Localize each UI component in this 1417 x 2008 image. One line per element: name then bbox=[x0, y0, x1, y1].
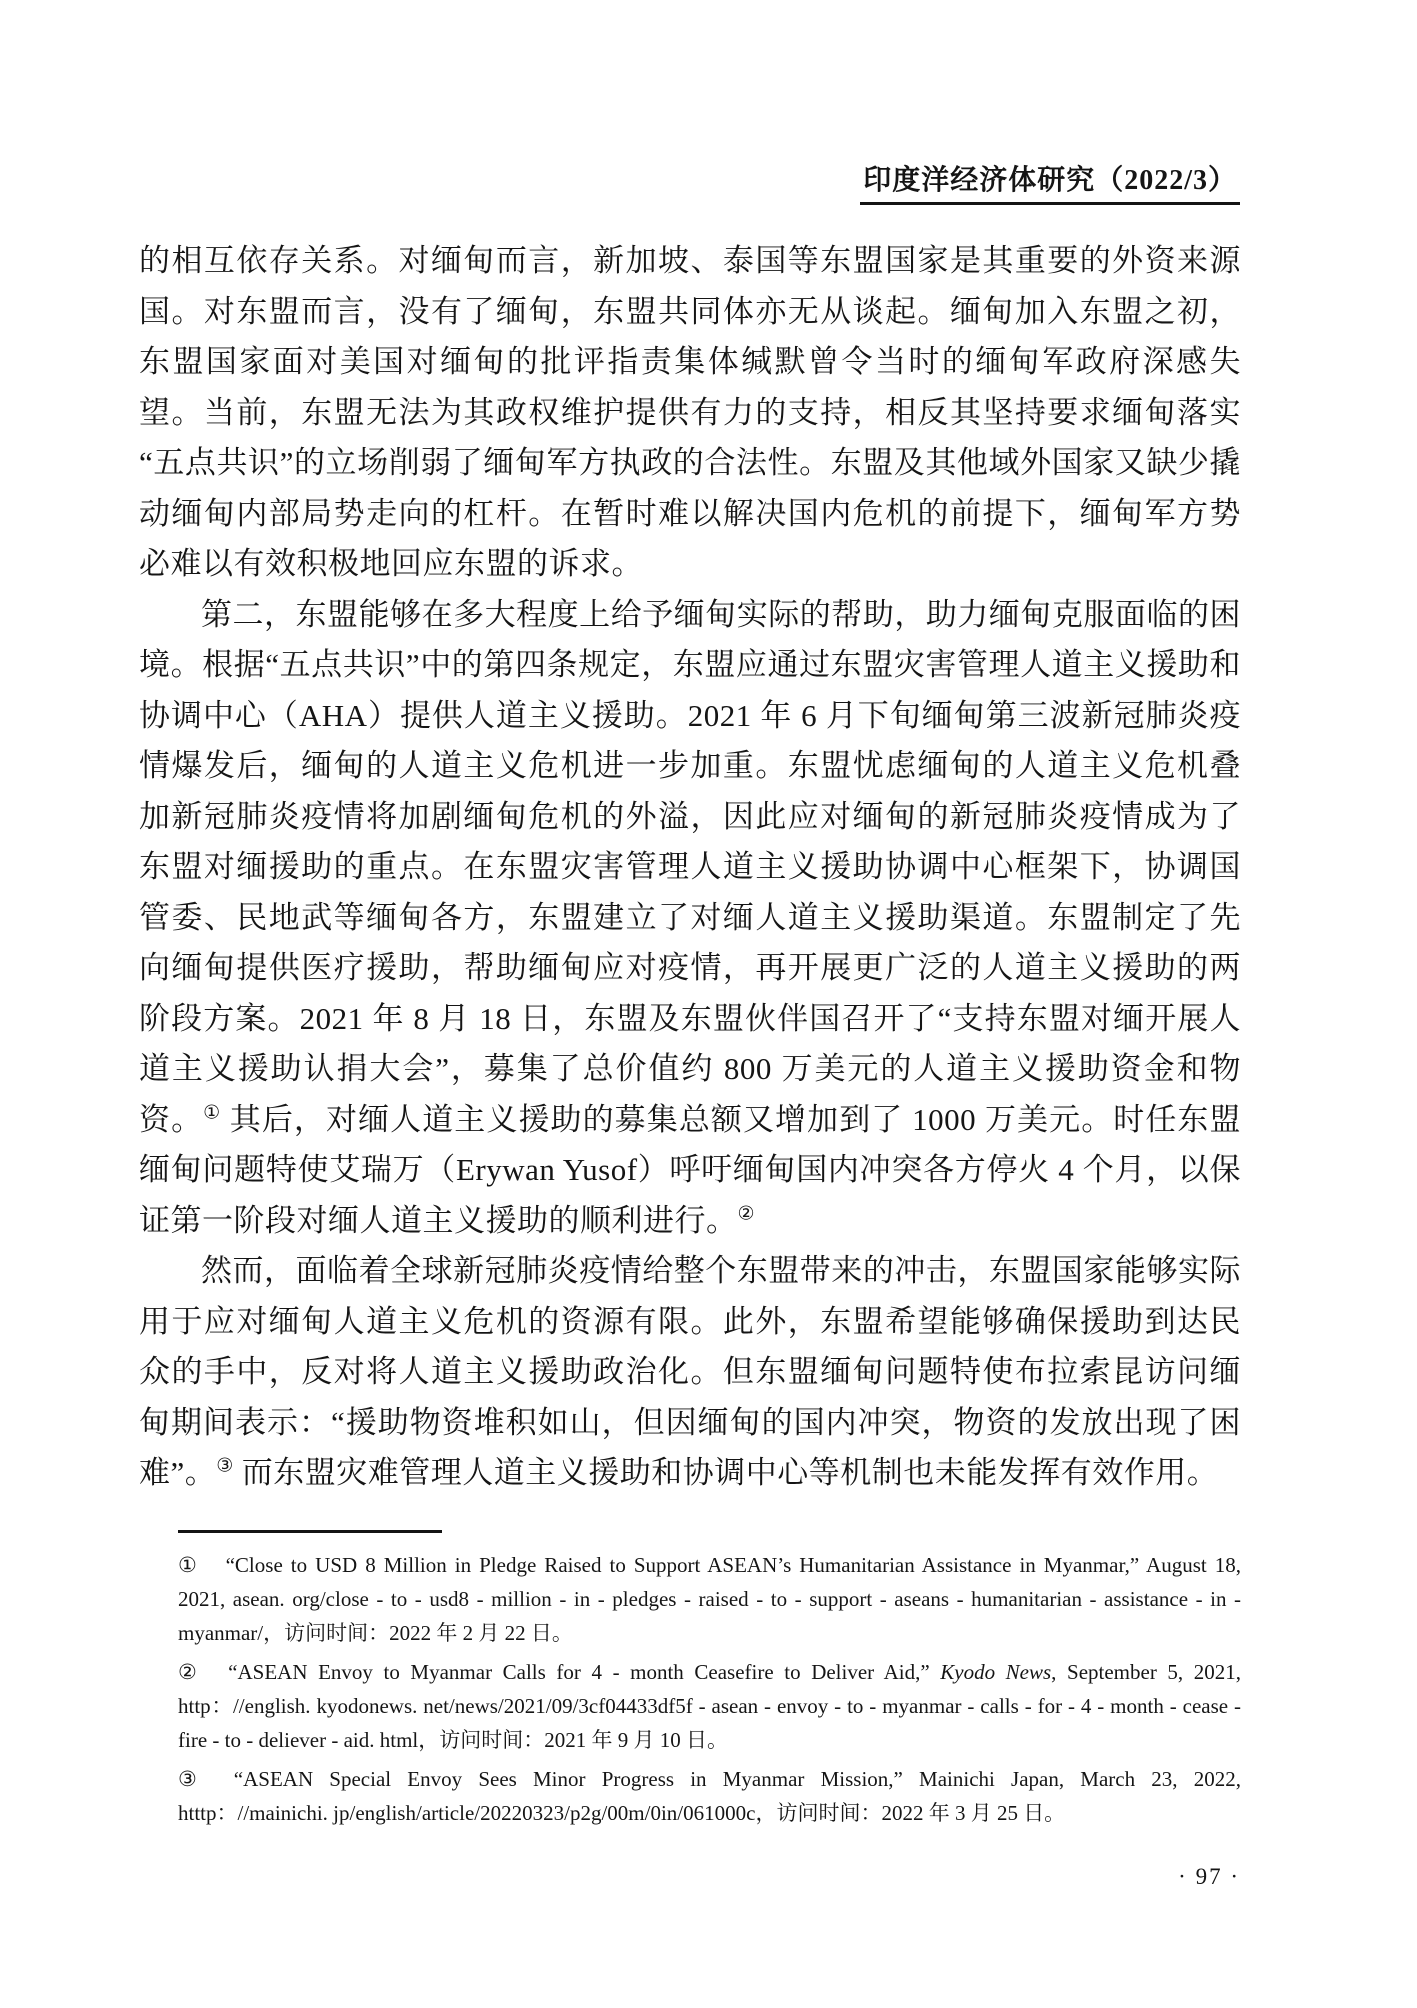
footnote-3: ③“ASEAN Special Envoy Sees Minor Progres… bbox=[178, 1762, 1241, 1830]
footnote-2-marker: ② bbox=[178, 1660, 228, 1684]
footnote-1-text: “Close to USD 8 Million in Pledge Raised… bbox=[178, 1553, 1241, 1645]
footnote-1-marker: ① bbox=[178, 1553, 226, 1577]
footnote-separator bbox=[178, 1530, 442, 1533]
footnote-3-marker: ③ bbox=[178, 1767, 234, 1791]
footnote-3-text: “ASEAN Special Envoy Sees Minor Progress… bbox=[178, 1767, 1241, 1825]
page-number: · 97 · bbox=[1178, 1864, 1240, 1890]
journal-title: 印度洋经济体研究（2022/3） bbox=[863, 165, 1237, 196]
paragraph-2-text-cont: 其后，对缅人道主义援助的募集总额又增加到了 1000 万美元。时任东盟缅甸问题特… bbox=[139, 1102, 1241, 1238]
footnote-ref-1: ① bbox=[203, 1102, 221, 1123]
paragraph-2-text: 第二，东盟能够在多大程度上给予缅甸实际的帮助，助力缅甸克服面临的困境。根据“五点… bbox=[139, 597, 1241, 1137]
paragraph-3-text-cont: 而东盟灾难管理人道主义援助和协调中心等机制也未能发挥有效作用。 bbox=[233, 1455, 1218, 1490]
paragraph-1: 的相互依存关系。对缅甸而言，新加坡、泰国等东盟国家是其重要的外资来源国。对东盟而… bbox=[139, 236, 1241, 590]
footnote-ref-2: ② bbox=[738, 1203, 755, 1224]
footnote-1: ①“Close to USD 8 Million in Pledge Raise… bbox=[178, 1548, 1241, 1650]
paragraph-1-text: 的相互依存关系。对缅甸而言，新加坡、泰国等东盟国家是其重要的外资来源国。对东盟而… bbox=[139, 243, 1241, 581]
footnote-2-text: “ASEAN Envoy to Myanmar Calls for 4 - mo… bbox=[228, 1660, 940, 1684]
paragraph-2: 第二，东盟能够在多大程度上给予缅甸实际的帮助，助力缅甸克服面临的困境。根据“五点… bbox=[139, 590, 1241, 1247]
footnotes: ①“Close to USD 8 Million in Pledge Raise… bbox=[178, 1548, 1241, 1835]
journal-page: 印度洋经济体研究（2022/3） 的相互依存关系。对缅甸而言，新加坡、泰国等东盟… bbox=[0, 0, 1417, 2008]
journal-header: 印度洋经济体研究（2022/3） bbox=[860, 158, 1240, 205]
footnote-2: ②“ASEAN Envoy to Myanmar Calls for 4 - m… bbox=[178, 1655, 1241, 1757]
footnote-2-source-italic: Kyodo News bbox=[940, 1660, 1051, 1684]
paragraph-3: 然而，面临着全球新冠肺炎疫情给整个东盟带来的冲击，东盟国家能够实际用于应对缅甸人… bbox=[139, 1246, 1241, 1499]
article-body: 的相互依存关系。对缅甸而言，新加坡、泰国等东盟国家是其重要的外资来源国。对东盟而… bbox=[139, 236, 1241, 1499]
footnote-ref-3: ③ bbox=[216, 1456, 233, 1477]
